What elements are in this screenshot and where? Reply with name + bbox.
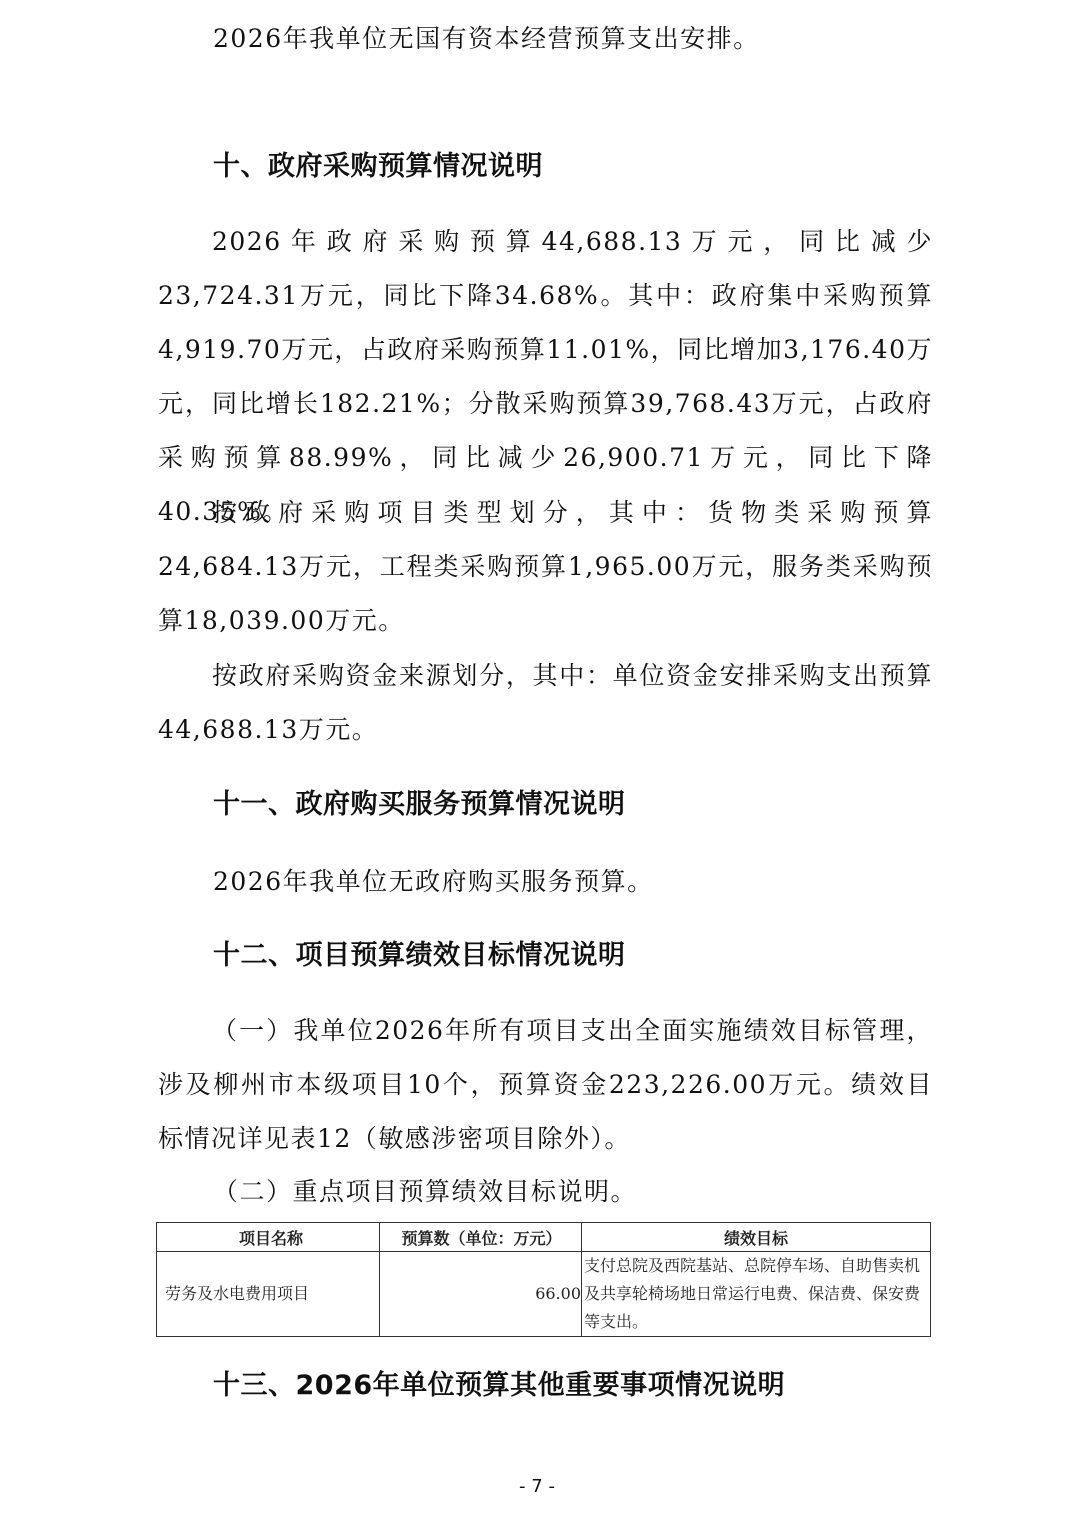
section-heading-11: 十一、政府购买服务预算情况说明 [213,785,626,825]
header-performance-goal: 绩效目标 [582,1223,931,1252]
section-heading-12: 十二、项目预算绩效目标情况说明 [213,936,626,976]
page-number: - 7 - [0,1476,1074,1497]
table-row: 劳务及水电费用项目 66.00 支付总院及西院基站、总院停车场、自助售卖机及共享… [157,1252,931,1337]
cell-budget-amount: 66.00 [380,1252,582,1337]
section-heading-13: 十三、2026年单位预算其他重要事项情况说明 [213,1366,785,1406]
performance-goals-table: 项目名称 预算数（单位：万元） 绩效目标 劳务及水电费用项目 66.00 支付总… [156,1222,931,1337]
cell-project-name: 劳务及水电费用项目 [157,1252,380,1337]
service-purchase-paragraph: 2026年我单位无政府购买服务预算。 [213,862,654,902]
cell-performance-goal: 支付总院及西院基站、总院停车场、自助售卖机及共享轮椅场地日常运行电费、保洁费、保… [582,1252,931,1337]
key-project-paragraph: （二）重点项目预算绩效目标说明。 [213,1172,637,1212]
procurement-source-paragraph: 按政府采购资金来源划分，其中：单位资金安排采购支出预算44,688.13万元。 [158,649,933,757]
header-budget-amount: 预算数（单位：万元） [380,1223,582,1252]
table-header-row: 项目名称 预算数（单位：万元） 绩效目标 [157,1223,931,1252]
document-page: 2026年我单位无国有资本经营预算支出安排。 十、政府采购预算情况说明 2026… [0,0,1074,1520]
performance-goal-paragraph: （一）我单位2026年所有项目支出全面实施绩效目标管理，涉及柳州市本级项目10个… [158,1004,933,1166]
intro-paragraph: 2026年我单位无国有资本经营预算支出安排。 [213,19,760,59]
section-heading-10: 十、政府采购预算情况说明 [213,147,543,187]
procurement-type-paragraph: 按政府采购项目类型划分，其中：货物类采购预算24,684.13万元，工程类采购预… [158,486,933,648]
header-project-name: 项目名称 [157,1223,380,1252]
